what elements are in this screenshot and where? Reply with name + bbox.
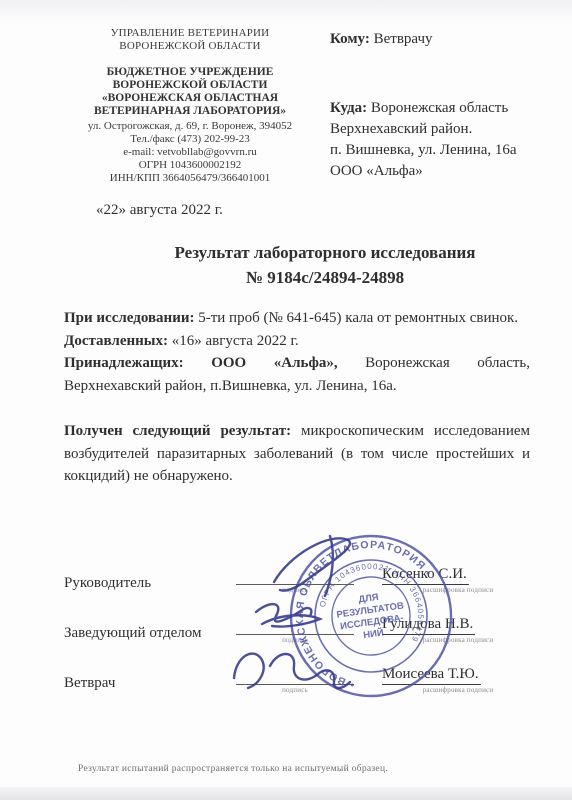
document-title: Результат лабораторного исследования № 9…: [64, 240, 530, 290]
recipient-addr-line4: ООО «Альфа»: [330, 161, 530, 182]
sender-department: УПРАВЛЕНИЕ ВЕТЕРИНАРИИ ВОРОНЕЖСКОЙ ОБЛАС…: [64, 27, 316, 53]
sender-organization: БЮДЖЕТНОЕ УЧРЕЖДЕНИЕ ВОРОНЕЖСКОЙ ОБЛАСТИ…: [64, 66, 316, 118]
sender-ogrn: ОГРН 1043600002192: [64, 159, 316, 172]
sender-address: ул. Острогожская, д. 69, г. Воронеж, 394…: [64, 120, 316, 133]
dept-line1: УПРАВЛЕНИЕ ВЕТЕРИНАРИИ: [64, 27, 316, 40]
recipient-address: Куда: Воронежская область Верхнехавский …: [330, 98, 530, 182]
sender-inn-kpp: ИНН/КПП 3664056479/366401001: [64, 172, 316, 185]
dept-line2: ВОРОНЕЖСКОЙ ОБЛАСТИ: [64, 40, 316, 53]
sender-contacts: ул. Острогожская, д. 69, г. Воронеж, 394…: [64, 120, 316, 185]
sender-email: e-mail: vetvobllab@govvrn.ru: [64, 146, 316, 159]
paragraph-research-text: 5-ти проб (№ 641-645) кала от ремонтных …: [198, 310, 518, 326]
recipient-addr-label: Куда:: [330, 100, 367, 116]
paragraph-research-lead: При исследовании:: [64, 310, 194, 326]
letterhead: УПРАВЛЕНИЕ ВЕТЕРИНАРИИ ВОРОНЕЖСКОЙ ОБЛАС…: [64, 0, 530, 185]
org-line4: ВЕТЕРИНАРНАЯ ЛАБОРАТОРИЯ»: [64, 105, 316, 118]
recipient-addr-line1: Куда: Воронежская область: [330, 98, 530, 119]
recipient-block: Кому: Ветврачу Куда: Воронежская область…: [330, 27, 530, 185]
org-line3: «ВОРОНЕЖСКАЯ ОБЛАСТНАЯ: [64, 92, 316, 105]
recipient-to-label: Кому:: [330, 31, 370, 47]
recipient-to-value: Ветврачу: [374, 31, 433, 47]
sender-phone: Тел./факс (473) 202-99-23: [64, 133, 316, 146]
paragraph-owner: Принадлежащих: ООО «Альфа», Воронежская …: [64, 352, 530, 397]
paragraph-delivered-lead: Доставленных:: [64, 333, 168, 349]
recipient-addr-line2: Верхнехавский район.: [330, 119, 530, 140]
scan-edge-band: [0, 787, 572, 800]
sender-block: УПРАВЛЕНИЕ ВЕТЕРИНАРИИ ВОРОНЕЖСКОЙ ОБЛАС…: [64, 27, 316, 185]
paragraph-delivered-text: «16» августа 2022 г.: [172, 333, 299, 349]
document-page: УПРАВЛЕНИЕ ВЕТЕРИНАРИИ ВОРОНЕЖСКОЙ ОБЛАС…: [0, 0, 572, 800]
document-body: При исследовании: 5-ти проб (№ 641-645) …: [64, 307, 530, 488]
paragraph-delivered: Доставленных: «16» августа 2022 г.: [64, 330, 530, 353]
recipient-addr-region: Воронежская область: [371, 100, 508, 116]
paragraph-owner-lead: Принадлежащих: ООО «Альфа»,: [64, 355, 338, 371]
recipient-to: Кому: Ветврачу: [330, 31, 530, 48]
recipient-addr-line3: п. Вишневка, ул. Ленина, 16а: [330, 140, 530, 161]
paragraph-research: При исследовании: 5-ти проб (№ 641-645) …: [64, 307, 530, 330]
footer-disclaimer: Результат испытаний распространяется тол…: [78, 764, 388, 774]
title-line1: Результат лабораторного исследования: [120, 240, 530, 265]
title-number: № 9184с/24894-24898: [120, 265, 530, 290]
org-line2: ВОРОНЕЖСКОЙ ОБЛАСТИ: [64, 79, 316, 92]
paragraph-result: Получен следующий результат: микроскопич…: [64, 420, 530, 488]
document-date: «22» августа 2022 г.: [64, 202, 530, 219]
document-content: УПРАВЛЕНИЕ ВЕТЕРИНАРИИ ВОРОНЕЖСКОЙ ОБЛАС…: [64, 0, 530, 488]
org-line1: БЮДЖЕТНОЕ УЧРЕЖДЕНИЕ: [64, 66, 316, 79]
paragraph-result-lead: Получен следующий результат:: [64, 423, 291, 439]
handwritten-signatures-icon: [178, 520, 448, 720]
